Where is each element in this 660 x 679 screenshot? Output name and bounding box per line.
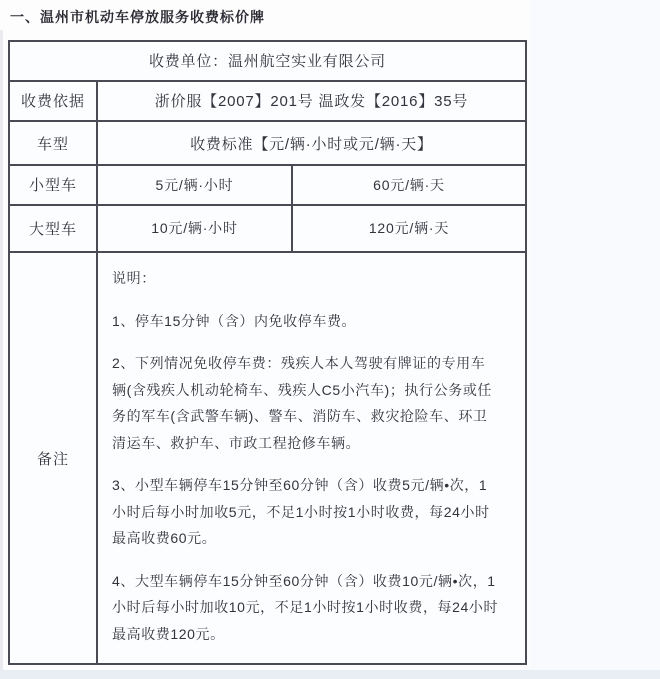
remarks-content: 说明： 1、停车15分钟（含）内免收停车费。 2、下列情况免收停车费：残疾人本人…: [98, 253, 525, 663]
remarks-title: 说明：: [112, 265, 499, 292]
remark-item: 2、下列情况免收停车费：残疾人本人驾驶有牌证的专用车辆(含残疾人机动轮椅车、残疾…: [112, 350, 499, 456]
page-title: 一、温州市机动车停放服务收费标价牌: [10, 7, 265, 27]
large-vehicle-hourly-rate: 10元/辆·小时: [98, 206, 293, 251]
basis-value: 浙价服【2007】201号 温政发【2016】35号: [98, 82, 525, 120]
small-vehicle-row: 小型车 5元/辆·小时 60元/辆·天: [10, 166, 525, 206]
page-background: 一、温州市机动车停放服务收费标价牌 收费单位：温州航空实业有限公司 收费依据 浙…: [0, 0, 660, 679]
large-vehicle-header: 大型车: [10, 206, 98, 251]
vehicle-type-row: 车型 收费标准【元/辆·小时或元/辆·天】: [10, 122, 525, 166]
large-vehicle-daily-rate: 120元/辆·天: [293, 206, 525, 251]
remark-item: 1、停车15分钟（含）内免收停车费。: [112, 308, 499, 335]
small-vehicle-header: 小型车: [10, 166, 98, 204]
unit-label: 收费单位：温州航空实业有限公司: [10, 42, 525, 80]
small-vehicle-hourly-rate: 5元/辆·小时: [98, 166, 293, 204]
bottom-edge-band: [0, 670, 660, 679]
page-left-edge: [0, 30, 3, 670]
basis-header: 收费依据: [10, 82, 98, 120]
remarks-row: 备注 说明： 1、停车15分钟（含）内免收停车费。 2、下列情况免收停车费：残疾…: [10, 253, 525, 663]
unit-row: 收费单位：温州航空实业有限公司: [10, 42, 525, 82]
basis-row: 收费依据 浙价服【2007】201号 温政发【2016】35号: [10, 82, 525, 122]
vehicle-type-header: 车型: [10, 122, 98, 164]
remarks-header: 备注: [10, 253, 98, 663]
remark-item: 3、小型车辆停车15分钟至60分钟（含）收费5元/辆•次，1小时后每小时加收5元…: [112, 472, 499, 552]
small-vehicle-daily-rate: 60元/辆·天: [293, 166, 525, 204]
parking-fee-table: 收费单位：温州航空实业有限公司 收费依据 浙价服【2007】201号 温政发【2…: [8, 40, 527, 665]
rate-standard-label: 收费标准【元/辆·小时或元/辆·天】: [98, 122, 525, 164]
remark-item: 4、大型车辆停车15分钟至60分钟（含）收费10元/辆•次，1小时后每小时加收1…: [112, 568, 499, 648]
large-vehicle-row: 大型车 10元/辆·小时 120元/辆·天: [10, 206, 525, 253]
